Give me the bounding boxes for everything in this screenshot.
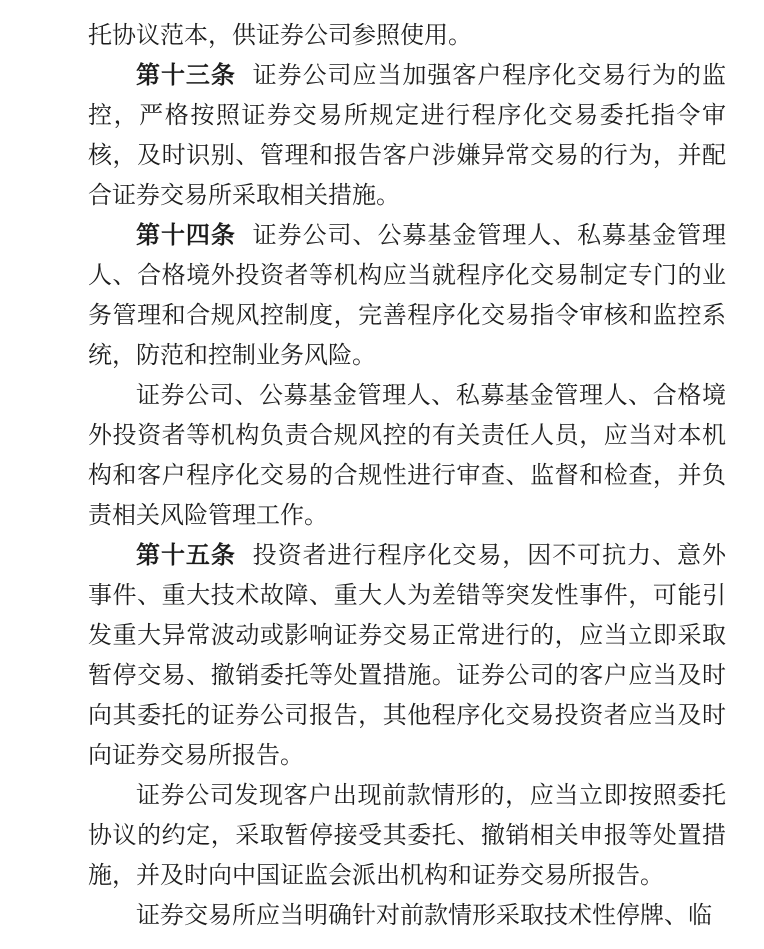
paragraph: 证券公司、公募基金管理人、私募基金管理人、合格境外投资者等机构负责合规风控的有关… — [88, 376, 726, 536]
article-paragraph: 第十三条证券公司应当加强客户程序化交易行为的监控，严格按照证券交易所规定进行程序… — [88, 56, 726, 216]
paragraph: 托协议范本，供证券公司参照使用。 — [88, 16, 726, 56]
article-paragraph: 第十五条投资者进行程序化交易，因不可抗力、意外事件、重大技术故障、重大人为差错等… — [88, 536, 726, 776]
paragraph: 证券交易所应当明确针对前款情形采取技术性停牌、临 — [88, 896, 726, 936]
article-paragraph: 第十四条证券公司、公募基金管理人、私募基金管理人、合格境外投资者等机构应当就程序… — [88, 216, 726, 376]
article-number: 第十四条 — [136, 223, 236, 249]
paragraph: 证券公司发现客户出现前款情形的，应当立即按照委托协议的约定，采取暂停接受其委托、… — [88, 776, 726, 896]
article-number: 第十五条 — [136, 543, 236, 569]
document-body: 托协议范本，供证券公司参照使用。第十三条证券公司应当加强客户程序化交易行为的监控… — [88, 16, 726, 936]
document-page: 托协议范本，供证券公司参照使用。第十三条证券公司应当加强客户程序化交易行为的监控… — [0, 0, 764, 949]
article-number: 第十三条 — [136, 63, 236, 89]
